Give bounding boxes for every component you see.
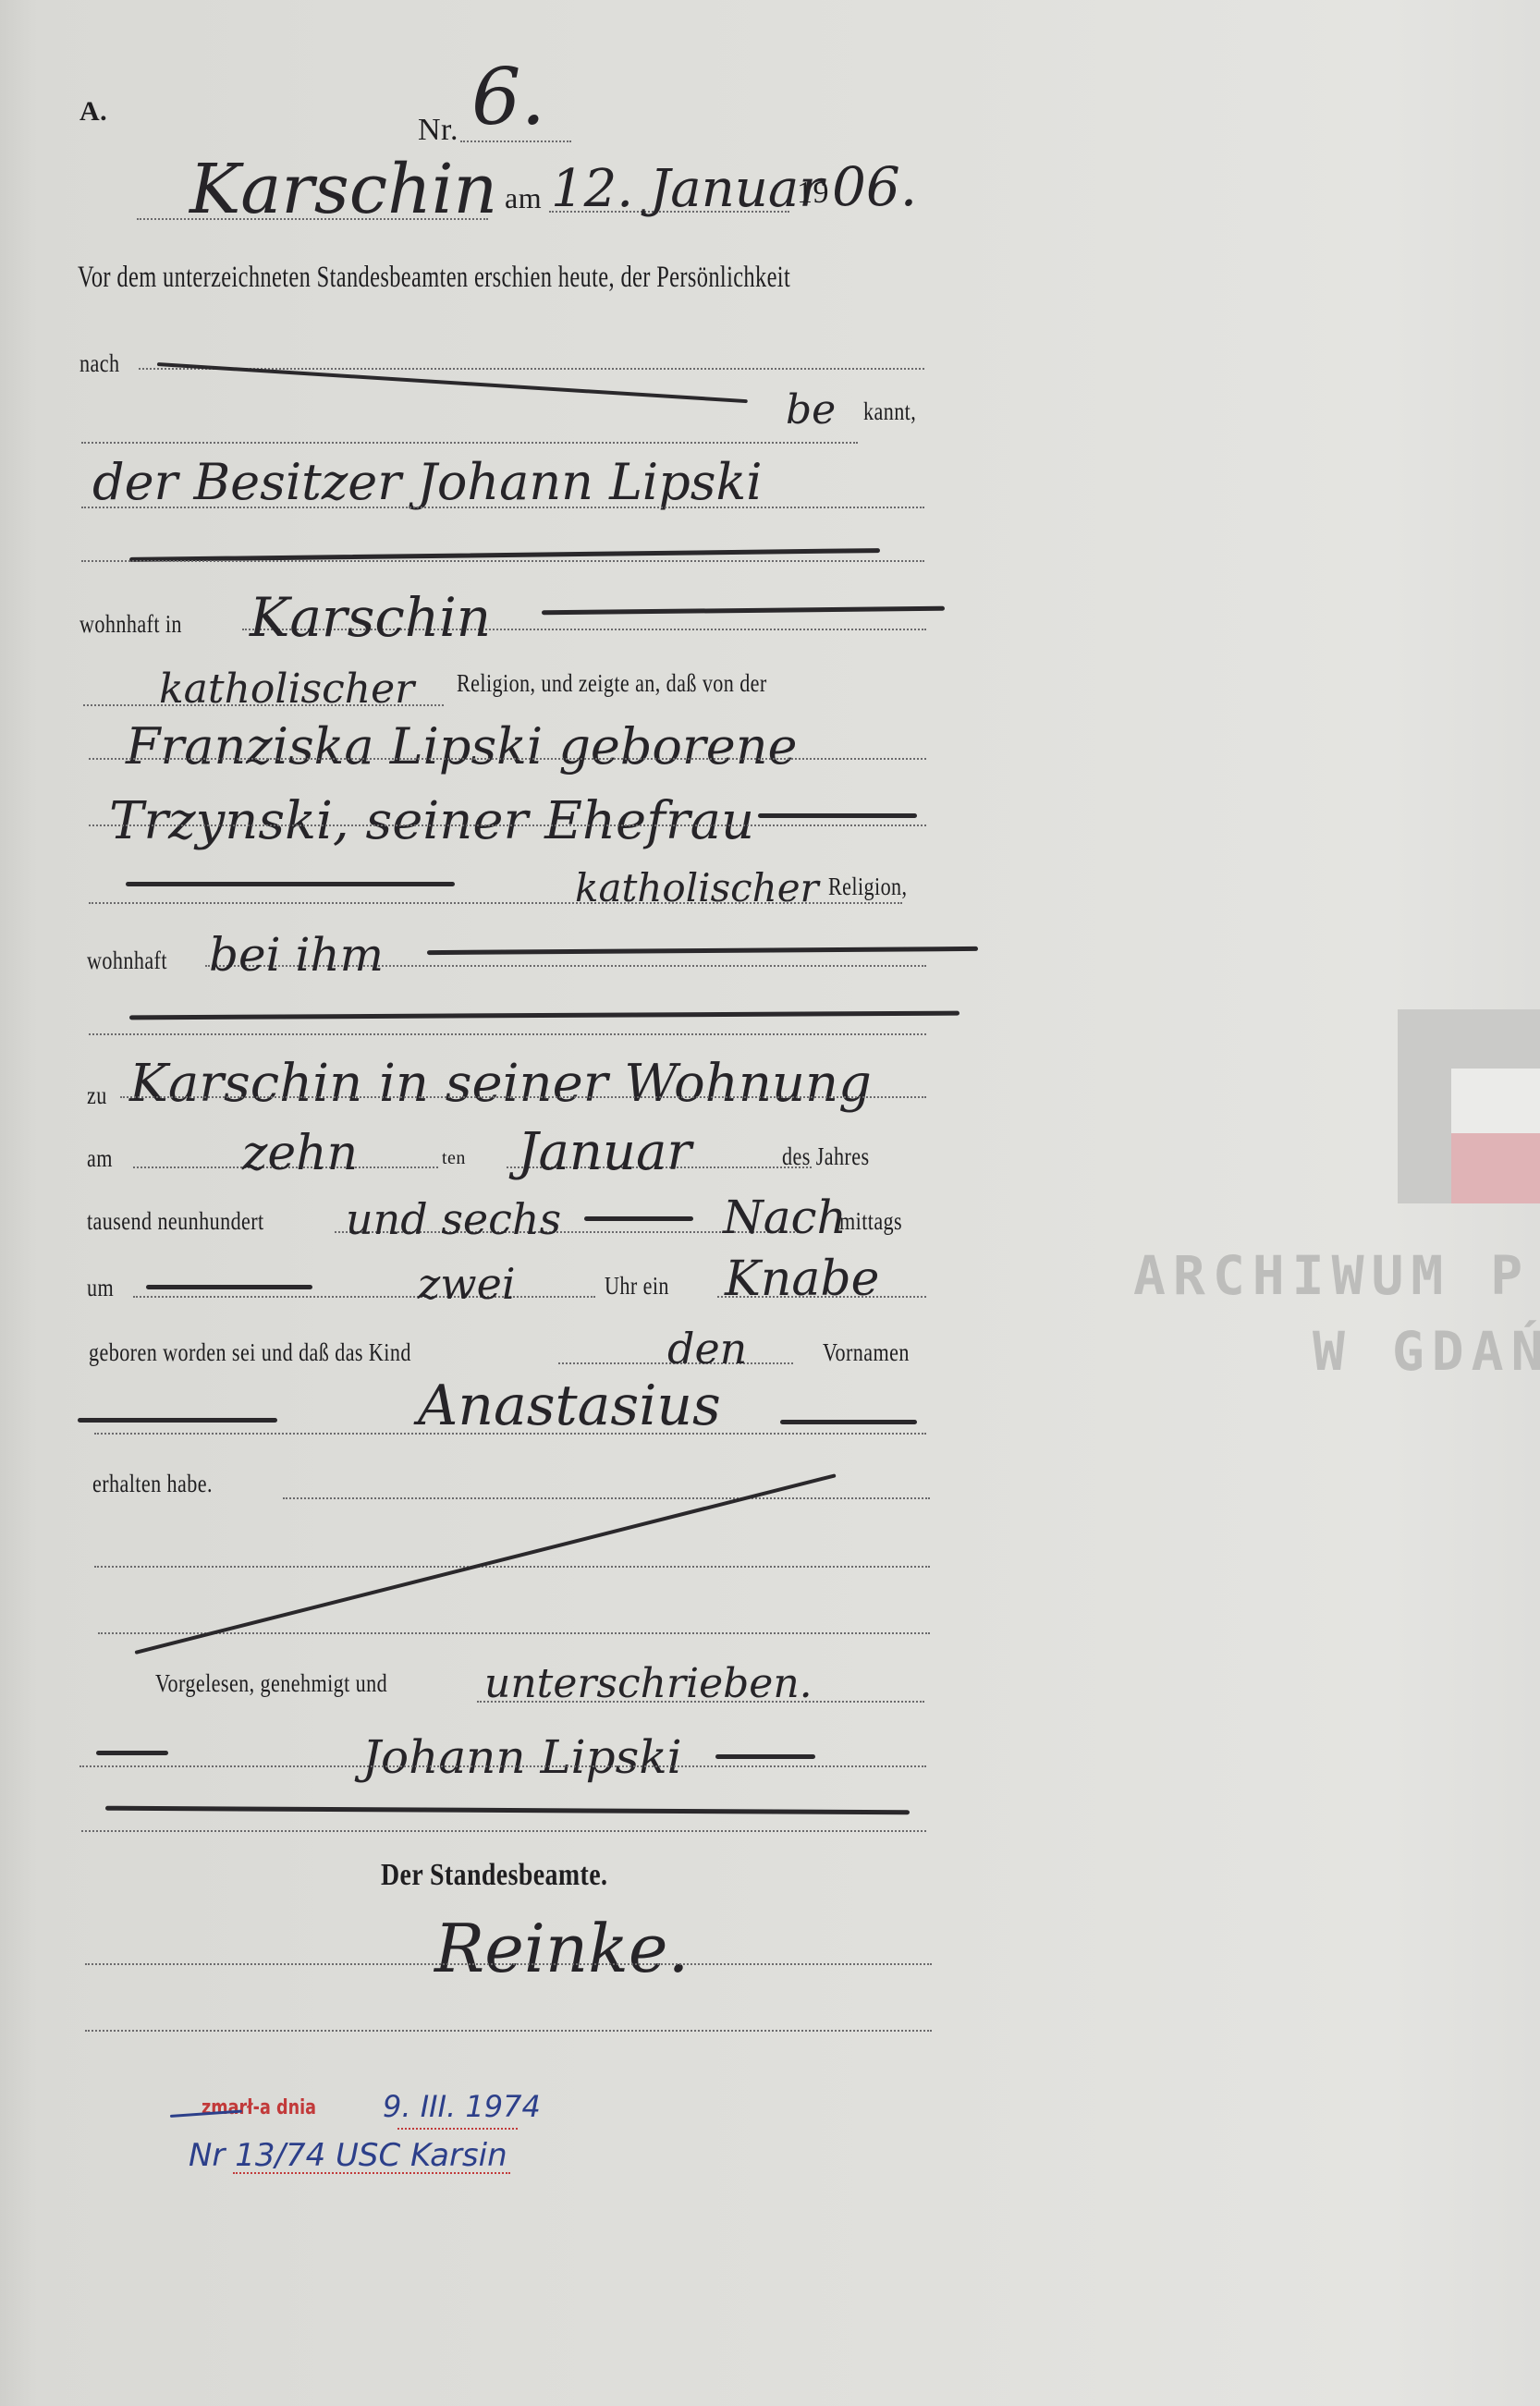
dotted-line	[94, 1433, 926, 1435]
mother-religion-label: Religion,	[828, 873, 907, 901]
filler-stroke	[78, 1418, 277, 1423]
intro-text: Vor dem unterzeichneten Standesbeamten e…	[78, 261, 790, 295]
kannt-label: kannt,	[863, 397, 916, 426]
zu-label: zu	[87, 1081, 107, 1110]
mother-residence-written: bei ihm	[209, 928, 384, 982]
logo-white-field	[1451, 1069, 1540, 1133]
nr-value: 6.	[471, 52, 545, 142]
erhalten-strike-line	[135, 1473, 837, 1655]
dotted-line	[120, 1096, 926, 1098]
stamp-dotted-line	[233, 2172, 510, 2174]
filler-stroke	[542, 606, 945, 616]
religion-label: Religion, und zeigte an, daß von der	[457, 669, 767, 698]
watermark-line-2: W GDAŃ	[1313, 1320, 1540, 1383]
death-reference: Nr 13/74 USC Karsin	[189, 2137, 507, 2174]
logo-red-field	[1451, 1133, 1540, 1203]
residence-written: Karschin	[250, 586, 491, 649]
dotted-line	[81, 507, 924, 508]
kannt-written: be	[786, 386, 836, 434]
child-name-written: Anastasius	[418, 1374, 721, 1438]
filler-stroke	[105, 1806, 910, 1815]
watermark-line-1: ARCHIWUM P	[1133, 1244, 1530, 1307]
day-written: zehn	[242, 1126, 358, 1181]
dotted-line	[283, 1497, 930, 1499]
year-words-written: und sechs	[346, 1194, 561, 1244]
dotted-line	[79, 1765, 926, 1767]
filler-stroke	[758, 813, 917, 818]
erhalten-label: erhalten habe.	[92, 1470, 213, 1498]
mittags-label: mittags	[839, 1207, 902, 1236]
month-written: Januar	[518, 1122, 691, 1182]
archive-logo	[1398, 1009, 1540, 1203]
death-date: 9. III. 1974	[383, 2089, 541, 2124]
ten-label: ten	[442, 1148, 466, 1169]
nr-label: Nr.	[418, 113, 458, 148]
registrar-signature: Reinke.	[434, 1910, 689, 1987]
um-label: um	[87, 1274, 114, 1302]
hour-written: zwei	[418, 1259, 516, 1309]
dotted-line	[81, 442, 858, 444]
vornamen-label: Vornamen	[823, 1338, 910, 1367]
unterschrieben-written: unterschrieben.	[484, 1660, 813, 1707]
dotted-line	[89, 902, 902, 904]
sex-written: Knabe	[725, 1252, 879, 1307]
dotted-line	[81, 560, 924, 562]
filler-stroke	[126, 882, 455, 886]
ampm-written: Nach	[723, 1191, 847, 1244]
dotted-line	[133, 1296, 595, 1298]
filler-stroke	[780, 1420, 917, 1424]
dotted-line	[89, 824, 926, 826]
mother-maiden-written: Trzynski, seiner Ehefrau	[109, 791, 754, 851]
wohnhaft-in-label: wohnhaft in	[79, 610, 182, 639]
birthplace-written: Karschin in seiner Wohnung	[129, 1054, 872, 1114]
dotted-line	[94, 1566, 930, 1568]
dotted-line	[89, 758, 926, 760]
des-jahres-label: des Jahres	[782, 1142, 869, 1171]
filler-stroke	[96, 1751, 168, 1755]
year-written: 06.	[832, 155, 917, 218]
stamp-dotted-line	[397, 2128, 518, 2130]
geboren-label: geboren worden sei und daß das Kind	[89, 1338, 411, 1367]
filler-stroke	[427, 947, 978, 955]
filler-stroke	[715, 1754, 815, 1759]
mother-name-written: Franziska Lipski geborene	[126, 717, 797, 776]
dotted-line	[81, 1830, 926, 1832]
filler-stroke	[584, 1216, 693, 1221]
date-written: 12. Januar	[551, 159, 824, 219]
place-written: Karschin	[189, 150, 497, 229]
year-printed: 19	[797, 176, 829, 211]
dotted-line	[83, 704, 444, 706]
dotted-line	[89, 1033, 926, 1035]
article-written: den	[667, 1324, 747, 1374]
am-label: am	[505, 181, 542, 215]
tausend-label: tausend neunhundert	[87, 1207, 264, 1236]
vorgelesen-label: Vorgelesen, genehmigt und	[155, 1669, 387, 1698]
nach-label: nach	[79, 349, 119, 378]
form-letter: A.	[79, 96, 107, 128]
am-label: am	[87, 1144, 113, 1173]
registrar-label: Der Standesbeamte.	[381, 1858, 607, 1893]
uhr-label: Uhr ein	[605, 1272, 669, 1301]
filler-stroke	[129, 1011, 959, 1020]
dotted-line	[98, 1632, 930, 1634]
filler-stroke	[146, 1285, 312, 1289]
dotted-line	[85, 1963, 932, 1965]
wohnhaft-label: wohnhaft	[87, 947, 167, 975]
dotted-line	[85, 2030, 932, 2032]
declarant-signature: Johann Lipski	[362, 1730, 682, 1784]
declarant-written: der Besitzer Johann Lipski	[92, 453, 762, 511]
death-stamp: zmarł-a dnia	[202, 2096, 316, 2119]
